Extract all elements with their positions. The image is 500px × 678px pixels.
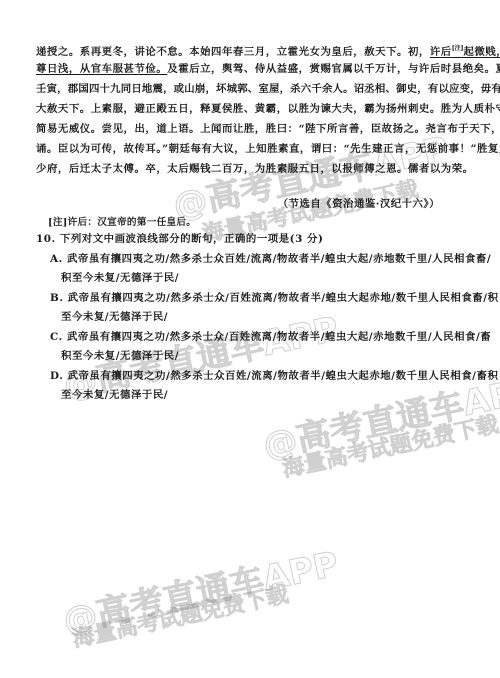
underlined-sentence: 许后[注]起微贱，登至 xyxy=(430,46,500,58)
footnote: [注]许后：汉宣帝的第一任皇后。 xyxy=(48,214,196,228)
question-10-option-a-cont: 积至今未复/无德泽于民/ xyxy=(61,271,441,285)
question-10-option-d-cont: 至今未复/无德泽于民/ xyxy=(61,388,441,402)
passage-line-5: 简易无威仪。尝见，出，道上语。上闻而让胜，胜曰：“陛下所言善，臣故扬之。尧言布于… xyxy=(36,122,438,136)
passage-source: （节选自《资治通鉴·汉纪十六》） xyxy=(278,195,440,210)
passage-line-3: 壬寅，郡国四十九同日地震，或山崩，坏城郭、室屋，杀六千余人。诏丞相、御史，有以应… xyxy=(36,82,438,96)
question-10-stem: 10. 下列对文中画波浪线部分的断句，正确的一项是(3 分) xyxy=(36,232,438,246)
footnote-marker: [注] xyxy=(452,45,464,52)
watermark: 海量高考试题免费下载 xyxy=(279,407,500,483)
question-10-option-a: A. 武帝虽有攘四夷之功/然多杀士众百姓/流离/物故者半/蝗虫大起/赤地数千里/… xyxy=(50,252,440,266)
question-10-option-c-cont: 积至今未复/无德泽于民/ xyxy=(61,349,441,363)
passage-line-7: 少府，后迁太子太傅。卒，太后赐钱二百万，为胜素服五日，以报师傅之恩。儒者以为荣。 xyxy=(36,162,438,176)
passage-line-4: 大赦天下。上素服，避正殿五日，释夏侯胜、黄霸，以胜为谏大夫，霸为扬州刺史。胜为人… xyxy=(36,102,438,116)
exam-page: @高考直通车APP 海量高考试题免费下载 @高考直通车APP @高考直通车APP… xyxy=(0,0,500,678)
question-10-option-d: D. 武帝虽有攘四夷之功/然多杀士众百姓/流离/物故者半/蝗虫大起赤地/数千里人… xyxy=(50,369,440,383)
passage-line-6: 诵。臣以为可传，故传耳。”朝廷每有大议，上知胜素直，谓曰：“先生建正言，无惩前事… xyxy=(36,142,438,156)
question-10-option-c: C. 武帝虽有攘四夷之功/然多杀士众/百姓流离/物故者半/蝗虫大起/赤地数千里/… xyxy=(50,330,440,344)
question-10-option-b-cont: 至今未复/无德泽于民/ xyxy=(61,310,441,324)
watermark: @高考直通车APP xyxy=(58,536,342,642)
underlined-sentence: 尊日浅，从官车服甚节俭。 xyxy=(36,63,167,75)
watermark: 海量高考试题免费下载 xyxy=(69,577,291,653)
passage-line-1: 递授之。系再更冬，讲论不怠。本始四年春三月，立霍光女为皇后，赦天下。初，许后[注… xyxy=(36,42,438,59)
question-10-option-b: B. 武帝虽有攘四夷之功/然多杀士众/百姓流离/物故者半/蝗虫大起赤地/数千里人… xyxy=(50,291,440,305)
passage-line-2: 尊日浅，从官车服甚节俭。及霍后立，舆驾、侍从益盛，赏赐官属以千万计，与许后时县绝… xyxy=(36,62,438,76)
